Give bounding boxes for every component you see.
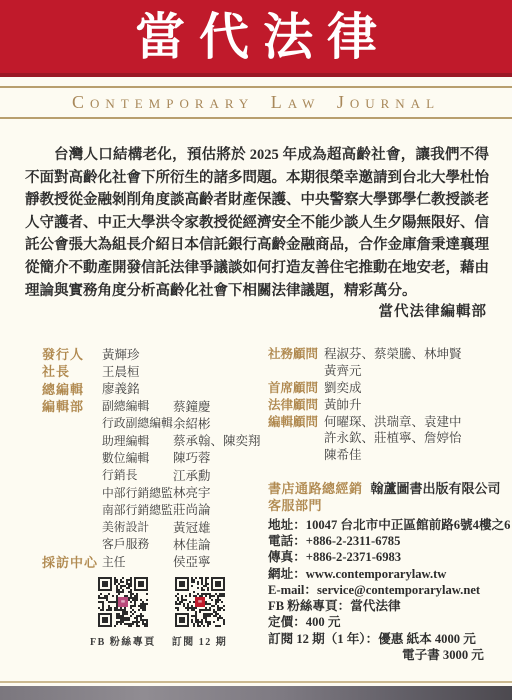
- staff-row: 中部行銷總監林亮宇: [42, 483, 260, 500]
- editorial-signature: 當代法律編輯部: [379, 300, 488, 321]
- advisor-names: 黃帥升: [324, 395, 494, 412]
- contact-info: 地址：10047 台北市中正區館前路6號4樓之6電話：+886-2-2311-6…: [268, 515, 500, 662]
- qr-label-fb: FB 粉絲專頁: [90, 633, 156, 648]
- staff-title: 副總編輯: [102, 397, 173, 414]
- advisor-names: 何曜琛、洪瑞章、袁建中許永欽、莊植寧、詹婷怡陳希佳: [324, 412, 494, 462]
- staff-row: 客戶服務林佳論: [42, 535, 260, 552]
- contact-line-indented: 電子書 3000 元: [268, 645, 500, 661]
- staff-name: 莊尚論: [173, 500, 211, 518]
- staff-section-label: 編輯部: [42, 396, 102, 415]
- staff-row: 總編輯廖義銘: [42, 380, 260, 397]
- banner-edge-line: [0, 73, 512, 77]
- staff-title: 客戶服務: [102, 535, 173, 552]
- journal-title-en-band: Contemporary Law Journal: [0, 86, 512, 119]
- staff-name: 廖義銘: [102, 379, 140, 397]
- staff-row: 行政副總編輯余紹彬: [42, 414, 260, 431]
- qr-code-subscribe-icon: [175, 577, 225, 627]
- journal-title-zh: 當代法律: [121, 12, 391, 62]
- staff-row: 南部行銷總監莊尚論: [42, 501, 260, 518]
- contact-line: 傳真：+886-2-2371-6983: [268, 548, 500, 564]
- staff-section-label: 發行人: [42, 344, 102, 363]
- distribution-block: 書店通路總經銷 翰蘆圖書出版有限公司 客服部門 地址：10047 台北市中正區館…: [268, 479, 500, 662]
- advisor-name-line: 許永欽、莊植寧、詹婷怡: [324, 429, 494, 446]
- staff-title: 南部行銷總監: [102, 501, 173, 518]
- advisor-section-label: 法律顧問: [268, 395, 324, 412]
- masthead-banner: 當代法律: [0, 0, 512, 73]
- staff-row: 行銷長江承勳: [42, 466, 260, 483]
- staff-name: 黃輝珍: [102, 345, 140, 363]
- advisor-section-label: 社務顧問: [268, 345, 324, 362]
- contact-line: 電話：+886-2-2311-6785: [268, 531, 500, 547]
- staff-name: 侯亞寧: [173, 552, 211, 570]
- staff-title: 美術設計: [102, 518, 173, 535]
- staff-name: 王晨桓: [102, 362, 140, 380]
- advisor-name-line: 黃帥升: [324, 395, 494, 412]
- staff-name: 蔡承翰、陳奕翔: [173, 431, 261, 449]
- footer-gray-bar: [0, 686, 512, 700]
- contact-line: 地址：10047 台北市中正區館前路6號4樓之6: [268, 515, 500, 531]
- contact-line: 網址：www.contemporarylaw.tw: [268, 564, 500, 580]
- staff-title: 主任: [102, 553, 173, 570]
- staff-section-label: 社長: [42, 361, 102, 380]
- advisor-name-line: 劉奕成: [324, 379, 494, 396]
- advisor-name-line: 何曜琛、洪瑞章、袁建中: [324, 412, 494, 429]
- advisor-names: 程淑芬、蔡榮騰、林坤賢黃齊元: [324, 345, 494, 379]
- advisor-row: 編輯顧問何曜琛、洪瑞章、袁建中許永欽、莊植寧、詹婷怡陳希佳: [268, 412, 494, 462]
- journal-title-en: Contemporary Law Journal: [72, 92, 440, 113]
- staff-name: 陳巧蓉: [173, 448, 211, 466]
- staff-row: 發行人黃輝珍: [42, 345, 260, 362]
- qr-code-fb-icon: [98, 577, 148, 627]
- staff-title: 中部行銷總監: [102, 484, 173, 501]
- contact-line: E-mail：service@contemporarylaw.net: [268, 580, 500, 596]
- advisor-section-label: 首席顧問: [268, 379, 324, 396]
- service-dept-row: 客服部門: [268, 496, 500, 513]
- staff-title: 助理編輯: [102, 432, 173, 449]
- qr-figure-subscribe: 訂閱 12 期: [172, 577, 228, 648]
- contact-line: FB 粉絲專頁：當代法律: [268, 596, 500, 612]
- editorial-paragraph: 台灣人口結構老化，預估將於 2025 年成為超高齡社會，讓我們不得不面對高齡化社…: [25, 144, 489, 302]
- staff-row: 社長王晨桓: [42, 362, 260, 379]
- advisor-section-label: 編輯顧問: [268, 412, 324, 429]
- staff-title: 數位編輯: [102, 449, 173, 466]
- staff-name: 江承勳: [173, 466, 211, 484]
- staff-section-label: 總編輯: [42, 379, 102, 398]
- advisor-name-line: 黃齊元: [324, 362, 494, 379]
- contact-line: 定價：400 元: [268, 613, 500, 629]
- footer-gold-line: [0, 681, 512, 683]
- advisor-row: 社務顧問程淑芬、蔡榮騰、林坤賢黃齊元: [268, 345, 494, 379]
- qr-label-subscribe: 訂閱 12 期: [172, 633, 228, 648]
- staff-name: 林亮宇: [173, 483, 211, 501]
- staff-name: 林佳論: [173, 535, 211, 553]
- distributor-row: 書店通路總經銷 翰蘆圖書出版有限公司: [268, 479, 500, 496]
- staff-row: 數位編輯陳巧蓉: [42, 449, 260, 466]
- advisor-list: 社務顧問程淑芬、蔡榮騰、林坤賢黃齊元首席顧問劉奕成法律顧問黃帥升編輯顧問何曜琛、…: [268, 345, 494, 463]
- distributor-name: 翰蘆圖書出版有限公司: [371, 478, 501, 497]
- advisor-name-line: 陳希佳: [324, 446, 494, 463]
- staff-row: 採訪中心主任侯亞寧: [42, 553, 260, 570]
- staff-row: 編輯部副總編輯蔡鐘慶: [42, 397, 260, 414]
- advisor-name-line: 程淑芬、蔡榮騰、林坤賢: [324, 345, 494, 362]
- staff-name: 蔡鐘慶: [173, 397, 211, 415]
- service-dept-label: 客服部門: [268, 495, 322, 514]
- staff-title: 行政副總編輯: [102, 414, 173, 431]
- advisor-row: 首席顧問劉奕成: [268, 379, 494, 396]
- staff-section-label: 採訪中心: [42, 552, 102, 571]
- staff-title: 行銷長: [102, 466, 173, 483]
- editorial-note: 台灣人口結構老化，預估將於 2025 年成為超高齡社會，讓我們不得不面對高齡化社…: [25, 144, 489, 302]
- staff-list: 發行人黃輝珍社長王晨桓總編輯廖義銘編輯部副總編輯蔡鐘慶行政副總編輯余紹彬助理編輯…: [42, 345, 260, 570]
- staff-name: 黃冠雄: [173, 518, 211, 536]
- advisor-names: 劉奕成: [324, 379, 494, 396]
- advisor-row: 法律顧問黃帥升: [268, 395, 494, 412]
- staff-row: 美術設計黃冠雄: [42, 518, 260, 535]
- staff-name: 余紹彬: [173, 414, 211, 432]
- contact-line: 訂閱 12 期（1 年）：優惠 紙本 4000 元: [268, 629, 500, 645]
- staff-row: 助理編輯蔡承翰、陳奕翔: [42, 431, 260, 448]
- qr-figure-fb: FB 粉絲專頁: [90, 577, 156, 648]
- qr-area: FB 粉絲專頁 訂閱 12 期: [90, 577, 227, 648]
- magazine-colophon-page: 當代法律 Contemporary Law Journal 台灣人口結構老化，預…: [0, 0, 512, 700]
